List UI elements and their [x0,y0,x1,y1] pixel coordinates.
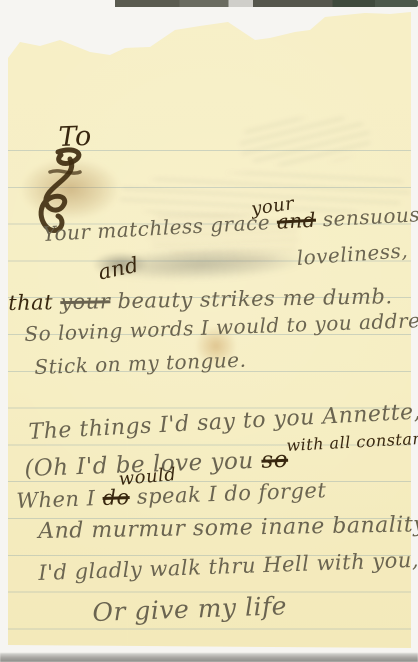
line-3: So loving words I would to you address, [24,308,418,346]
insert-constancy: with all constancy) [286,428,418,455]
line-2-seg-2: beauty strikes me dumb. [110,284,393,313]
insert-and-seg-0: and [96,252,141,284]
line-1-seg-2: sensuous [315,202,418,231]
line-10: Or give my life [92,592,287,628]
line-4: Stick on my tongue. [34,349,247,379]
line-8-seg-0: And murmur some inane banality! [38,512,418,544]
line-8: And murmur some inane banality! [38,512,418,544]
line-7-seg-0: When I [16,486,103,513]
line-2-seg-1: your [60,289,110,314]
handwriting-layer: ToyourYour matchless grace and sensuousl… [0,0,418,662]
scan-shadow-bottom [0,653,418,662]
insert-and: and [96,252,141,284]
line-4-seg-0: Stick on my tongue. [34,348,247,379]
line-7-seg-1: do [102,485,130,510]
scanned-letter-photo: ToyourYour matchless grace and sensuousl… [0,0,418,662]
line-1: Your matchless grace and sensuous [42,203,418,246]
salutation-to-seg-0: To [58,121,92,153]
line-9-seg-0: I'd gladly walk thru Hell with you, [38,548,418,585]
line-2-seg-0: that [8,290,61,315]
line-1b-seg-0: loveliness, [296,238,409,270]
line-7: When I do speak I do forget [16,478,327,513]
salutation-to: To [58,121,92,153]
insert-constancy-seg-0: with all constancy) [286,427,418,454]
line-10-seg-0: Or give my life [92,591,287,627]
line-1b: loveliness, [296,239,409,270]
line-9: I'd gladly walk thru Hell with you, [38,548,418,585]
line-1-seg-1: and [276,208,316,234]
line-6-seg-1: so [261,447,289,474]
line-1-seg-0: Your matchless grace [42,210,278,246]
